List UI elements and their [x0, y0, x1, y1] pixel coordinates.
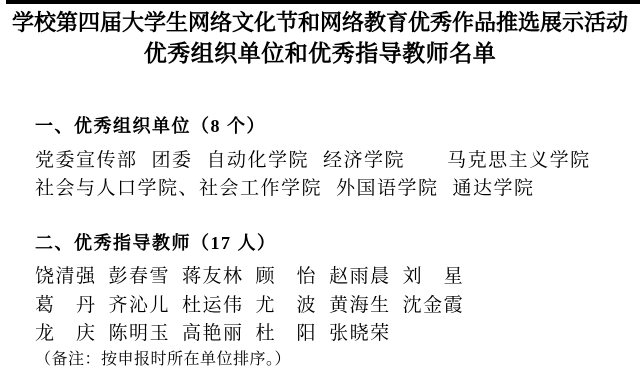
- teachers-row-1: 饶清强 彭春雪 蒋友林 顾 怡 赵雨晨 刘 星: [35, 261, 464, 288]
- footnote: （备注：按申报时所在单位排序。）: [35, 346, 291, 369]
- document-title: 学校第四届大学生网络文化节和网络教育优秀作品推选展示活动 优秀组织单位和优秀指导…: [0, 9, 640, 68]
- title-line-2: 优秀组织单位和优秀指导教师名单: [0, 40, 640, 68]
- unit-name: 马克思主义学院: [447, 145, 591, 172]
- teacher-name: 彭春雪: [109, 261, 171, 288]
- teacher-name: 尤 波: [256, 290, 318, 317]
- unit-name: 团委: [152, 145, 193, 172]
- unit-name: 自动化学院: [207, 145, 310, 172]
- section-units-heading: 一、优秀组织单位（8 个）: [35, 112, 266, 138]
- document-page: 学校第四届大学生网络文化节和网络教育优秀作品推选展示活动 优秀组织单位和优秀指导…: [0, 0, 640, 371]
- teacher-name: 齐沁儿: [109, 290, 171, 317]
- teachers-row-3: 龙 庆 陈明玉 高艳丽 杜 阳 张晓荣: [35, 318, 391, 345]
- teacher-name: 高艳丽: [182, 318, 244, 345]
- unit-name: 通达学院: [453, 173, 535, 200]
- unit-name: 党委宣传部: [35, 145, 138, 172]
- teacher-name: 龙 庆: [35, 318, 97, 345]
- teachers-row-2: 葛 丹 齐沁儿 杜运伟 尤 波 黄海生 沈金霞: [35, 290, 464, 317]
- teacher-name: 葛 丹: [35, 290, 97, 317]
- teacher-name: 刘 星: [403, 261, 465, 288]
- teacher-name: 沈金霞: [403, 290, 465, 317]
- teacher-name: 赵雨晨: [329, 261, 391, 288]
- teacher-name: 张晓荣: [329, 318, 391, 345]
- top-rule-bar: [6, 0, 640, 4]
- units-row-1: 党委宣传部 团委 自动化学院 经济学院 马克思主义学院: [35, 145, 591, 172]
- teacher-name: 顾 怡: [256, 261, 318, 288]
- unit-name: 经济学院: [323, 145, 405, 172]
- section-teachers-heading: 二、优秀指导教师（17 人）: [35, 229, 277, 255]
- teacher-name: 饶清强: [35, 261, 97, 288]
- unit-name: 外国语学院: [336, 173, 439, 200]
- unit-name: 社会与人口学院、社会工作学院: [35, 173, 322, 200]
- teacher-name: 陈明玉: [109, 318, 171, 345]
- title-line-1: 学校第四届大学生网络文化节和网络教育优秀作品推选展示活动: [0, 9, 640, 37]
- teacher-name: 杜 阳: [256, 318, 318, 345]
- units-row-2: 社会与人口学院、社会工作学院 外国语学院 通达学院: [35, 173, 535, 200]
- teacher-name: 蒋友林: [182, 261, 244, 288]
- teacher-name: 杜运伟: [182, 290, 244, 317]
- teacher-name: 黄海生: [329, 290, 391, 317]
